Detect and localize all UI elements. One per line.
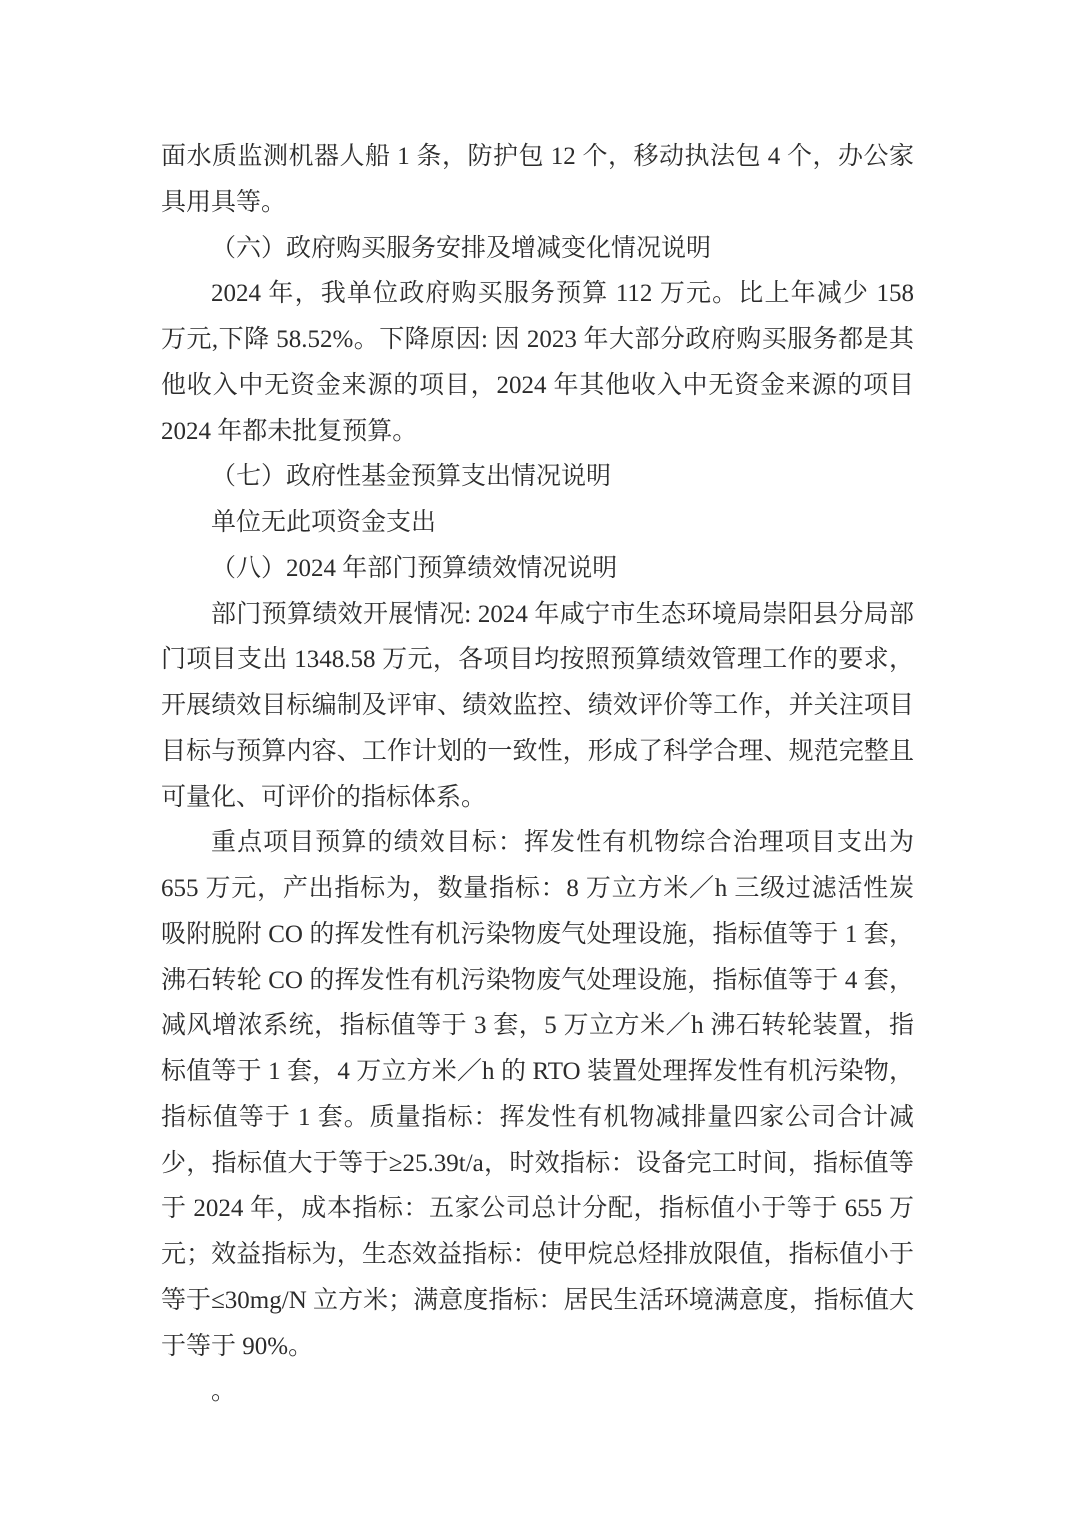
section-heading-8: （八）2024 年部门预算绩效情况说明 bbox=[161, 546, 914, 592]
section-heading-7: （七）政府性基金预算支出情况说明 bbox=[161, 454, 914, 500]
section-heading-6: （六）政府购买服务安排及增减变化情况说明 bbox=[161, 226, 914, 272]
paragraph-gov-purchase-services: 2024 年，我单位政府购买服务预算 112 万元。比上年减少 158 万元,下… bbox=[161, 271, 914, 454]
paragraph-performance-overview: 部门预算绩效开展情况: 2024 年咸宁市生态环境局崇阳县分局部门项目支出 13… bbox=[161, 592, 914, 821]
paragraph-no-fund-expenditure: 单位无此项资金支出 bbox=[161, 500, 914, 546]
document-body: 面水质监测机器人船 1 条，防护包 12 个，移动执法包 4 个，办公家具用具等… bbox=[161, 134, 914, 1415]
paragraph-key-project-targets: 重点项目预算的绩效目标：挥发性有机物综合治理项目支出为 655 万元，产出指标为… bbox=[161, 820, 914, 1369]
paragraph-trailing-period: 。 bbox=[161, 1369, 914, 1415]
paragraph-continuation: 面水质监测机器人船 1 条，防护包 12 个，移动执法包 4 个，办公家具用具等… bbox=[161, 134, 914, 226]
document-page: 面水质监测机器人船 1 条，防护包 12 个，移动执法包 4 个，办公家具用具等… bbox=[0, 0, 1074, 1520]
